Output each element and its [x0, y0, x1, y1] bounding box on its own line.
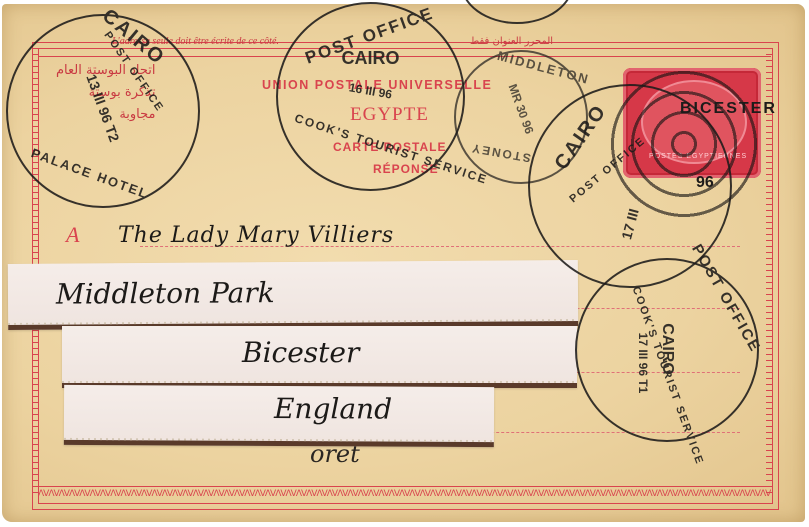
label-text: Bicester [242, 336, 359, 369]
redirect-label-line-1: Middleton Park [8, 260, 578, 330]
label-text: Middleton Park [56, 276, 275, 311]
label-text: England [274, 392, 392, 426]
recipient-name: The Lady Mary Villiers [118, 223, 394, 248]
card-border-bottom-ornament: ΛVΛVΛVΛVΛVΛVΛVΛVΛVΛVΛVΛVΛVΛVΛVΛVΛVΛVΛVΛV… [38, 486, 771, 501]
header-instruction-arabic: المحرر العنوان فقط [470, 36, 553, 47]
postmark-cooks-tourist-service-bottom: POST OFFICE CAIRO 17 III 96 T1 COOK'S TO… [575, 258, 759, 442]
redirect-label-line-3: England [64, 385, 494, 447]
address-prefix: A [66, 222, 79, 248]
redirect-label-line-2: Bicester [62, 326, 577, 388]
postmark-cooks-tourist-service-top: POST OFFICE CAIRO 16 III 96 COOK'S TOURI… [276, 2, 465, 191]
postmark-palace-hotel: CAIRO POST OFFICE 13 III 96 T2 PALACE HO… [6, 14, 200, 208]
